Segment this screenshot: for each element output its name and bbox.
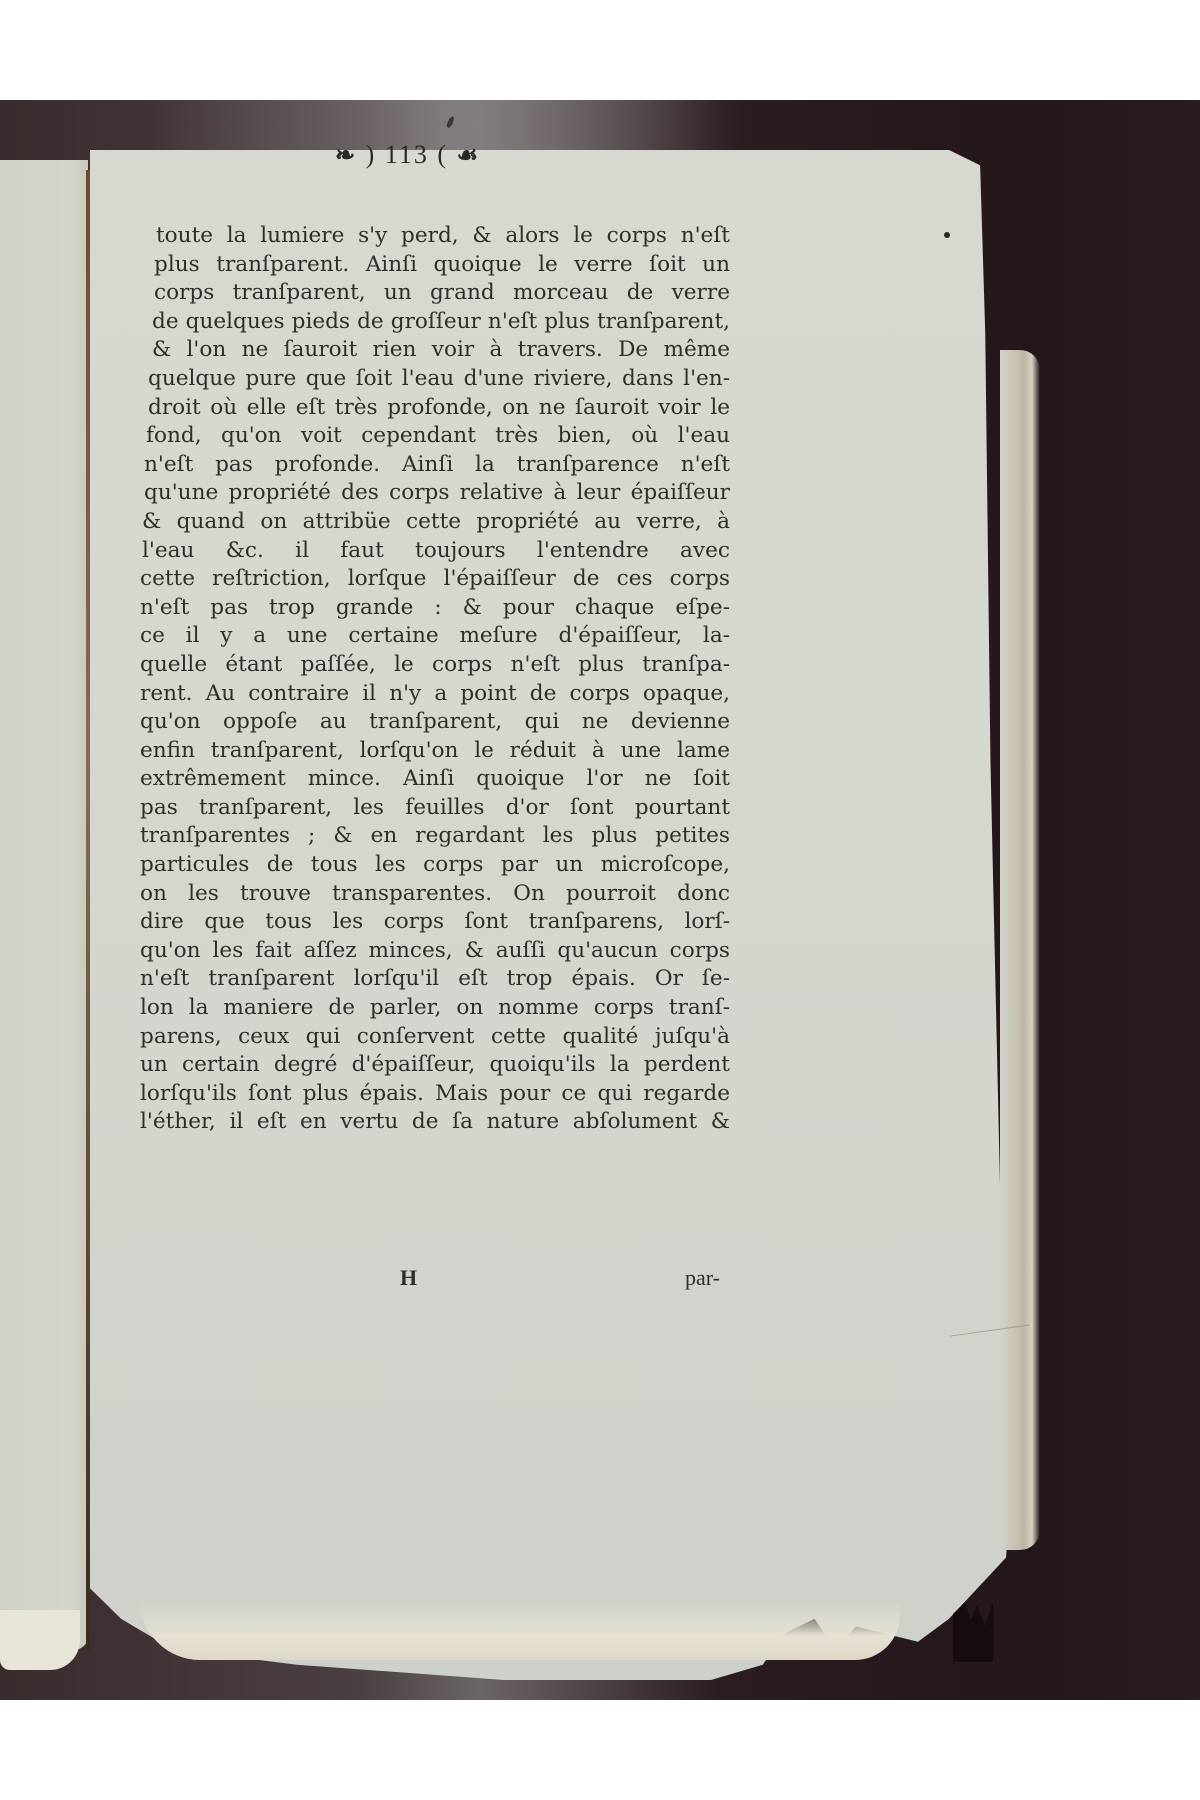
text-line: & l'on ne ſauroit rien voir à travers. D…: [152, 336, 730, 365]
text-line: toute la lumiere s'y perd, & alors le co…: [156, 222, 730, 251]
text-line: n'eſt tranſparent lorſqu'il eſt trop épa…: [140, 965, 730, 994]
text-line: quelque pure que ſoit l'eau d'une rivier…: [148, 365, 730, 394]
text-line: qu'une propriété des corps relative à le…: [144, 479, 730, 508]
text-line: droit où elle eſt très profonde, on ne ſ…: [148, 394, 730, 423]
book-gutter: [86, 170, 90, 1650]
bracket-left: ): [366, 140, 377, 169]
text-line: plus tranſparent. Ainſi quoique le verre…: [154, 251, 730, 280]
page-edge-stack: [1000, 350, 1040, 1550]
left-page-edge: [0, 160, 88, 1650]
text-line: & quand on attribüe cette propriété au v…: [142, 508, 730, 537]
text-line: corps tranſparent, un grand morceau de v…: [154, 279, 730, 308]
left-page-torn-corner: [0, 1610, 80, 1670]
text-line: particules de tous les corps par un micr…: [140, 851, 730, 880]
text-line: extrêmement mince. Ainſi quoique l'or ne…: [140, 765, 730, 794]
body-text: toute la lumiere s'y perd, & alors le co…: [140, 222, 730, 1137]
text-line: cette reſtriction, lorſque l'épaiſſeur d…: [140, 565, 730, 594]
text-line: on les trouve transparentes. On pourroit…: [140, 880, 730, 909]
text-line: un certain degré d'épaiſſeur, quoiqu'ils…: [140, 1051, 730, 1080]
text-line: dire que tous les corps ſont tranſparens…: [140, 908, 730, 937]
running-head: ❧ ) 113 ( ☙: [335, 140, 480, 170]
text-line: pas tranſparent, les feuilles d'or ſont …: [140, 794, 730, 823]
text-line: lon la maniere de parler, on nomme corps…: [140, 994, 730, 1023]
paper-spot: [944, 232, 950, 238]
catchword: par-: [685, 1265, 720, 1291]
text-line: lorſqu'ils ſont plus épais. Mais pour ce…: [140, 1080, 730, 1109]
bottom-frayed-edge: [140, 1600, 900, 1660]
ornament-right-icon: ☙: [457, 143, 481, 169]
text-line: enfin tranſparent, lorſqu'on le réduit à…: [140, 737, 730, 766]
ornament-left-icon: ❧: [335, 143, 357, 169]
signature-mark: H: [400, 1265, 417, 1291]
text-line: n'eſt pas profonde. Ainſi la tranſparenc…: [144, 451, 730, 480]
text-line: parens, ceux qui conſervent cette qualit…: [140, 1023, 730, 1052]
tear-in-page: [953, 1602, 993, 1662]
text-line: n'eſt pas trop grande : & pour chaque eſ…: [140, 594, 730, 623]
text-line: qu'on oppoſe au tranſparent, qui ne devi…: [140, 708, 730, 737]
text-line: l'eau &c. il faut toujours l'entendre av…: [142, 537, 730, 566]
text-line: qu'on les fait aſſez minces, & auſſi qu'…: [140, 937, 730, 966]
text-line: l'éther, il eſt en vertu de ſa nature ab…: [140, 1108, 730, 1137]
text-line: tranſparentes ; & en regardant les plus …: [140, 822, 730, 851]
text-line: fond, qu'on voit cependant très bien, où…: [146, 422, 730, 451]
text-line: rent. Au contraire il n'y a point de cor…: [140, 680, 730, 709]
text-line: ce il y a une certaine meſure d'épaiſſeu…: [140, 622, 730, 651]
page-number: 113: [385, 140, 429, 169]
text-line: de quelques pieds de groſſeur n'eſt plus…: [152, 308, 730, 337]
bracket-right: (: [437, 140, 448, 169]
text-line: quelle étant paſſée, le corps n'eſt plus…: [140, 651, 730, 680]
